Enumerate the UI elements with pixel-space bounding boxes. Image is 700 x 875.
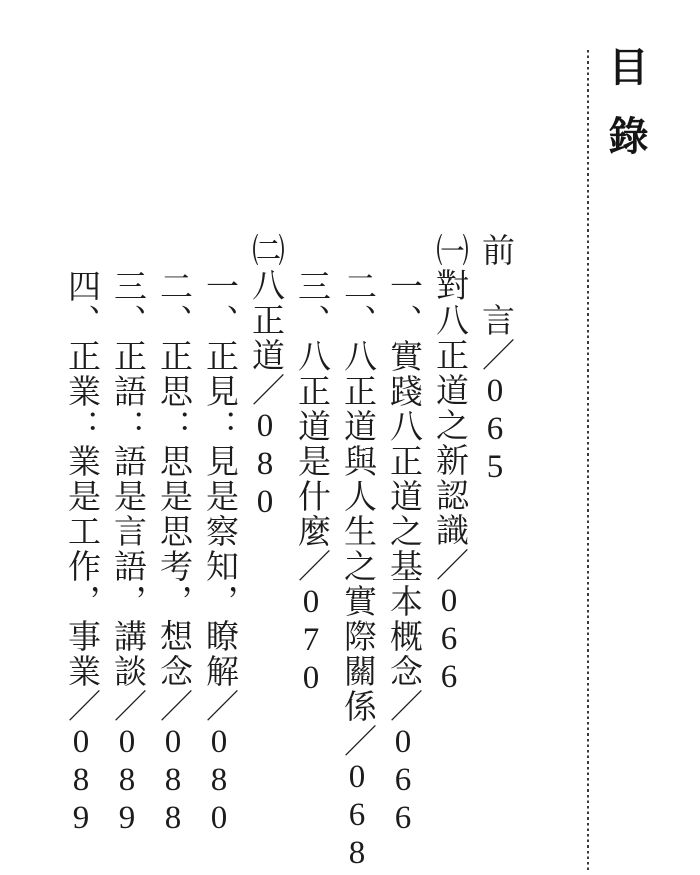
toc-entry: ㈡八正道／080 bbox=[242, 233, 288, 833]
toc-entry: 一、正見：見是察知，瞭解／080 bbox=[196, 233, 242, 833]
toc-entry: 三、八正道是什麼／070 bbox=[288, 233, 334, 833]
toc-entry: 一、實踐八正道之基本概念／066 bbox=[380, 233, 426, 833]
book-toc-page: 目錄 前 言／065 ㈠對八正道之新認識／066 一、實踐八正道之基本概念／06… bbox=[0, 0, 700, 875]
table-of-contents: 前 言／065 ㈠對八正道之新認識／066 一、實踐八正道之基本概念／066 二… bbox=[58, 233, 518, 833]
toc-entry: 三、正語：語是言語，講談／089 bbox=[104, 233, 150, 833]
vertical-dotted-divider bbox=[587, 50, 589, 871]
toc-entry: 前 言／065 bbox=[472, 233, 518, 833]
toc-entry: ㈠對八正道之新認識／066 bbox=[426, 233, 472, 833]
toc-entry: 四、正業：業是工作，事業／089 bbox=[58, 233, 104, 833]
page-title: 目錄 bbox=[597, 46, 654, 184]
toc-entry: 二、正思：思是思考，想念／088 bbox=[150, 233, 196, 833]
toc-entry: 二、八正道與人生之實際關係／068 bbox=[334, 233, 380, 833]
